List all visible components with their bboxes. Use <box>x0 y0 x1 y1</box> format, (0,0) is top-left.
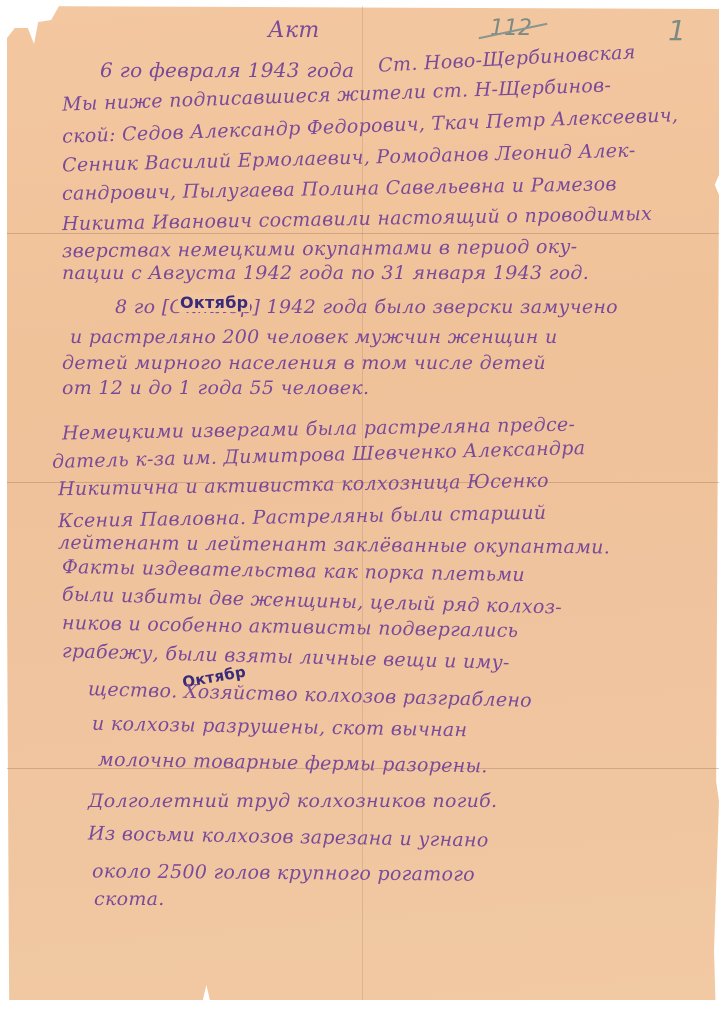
document-title: Акт <box>268 18 320 43</box>
text-line: около 2500 голов крупного рогатого <box>92 860 475 885</box>
text-line: пации с Августа 1942 года по 31 января 1… <box>62 262 589 284</box>
month-stamp: Октябр <box>178 293 250 312</box>
text-line: зверствах немецкими окупантами в период … <box>62 236 578 262</box>
text-line: детей мирного населения в том числе дете… <box>62 352 546 374</box>
page-number: 1 <box>668 14 686 47</box>
text-line: от 12 и до 1 года 55 человек. <box>62 377 369 399</box>
document-date: 6 го февраля 1943 года <box>100 58 354 82</box>
text-line: Долголетний труд колхозников погиб. <box>88 790 497 812</box>
text-line: скота. <box>94 888 165 910</box>
text-line: и растреляно 200 человек мужчин женщин и <box>70 326 557 348</box>
